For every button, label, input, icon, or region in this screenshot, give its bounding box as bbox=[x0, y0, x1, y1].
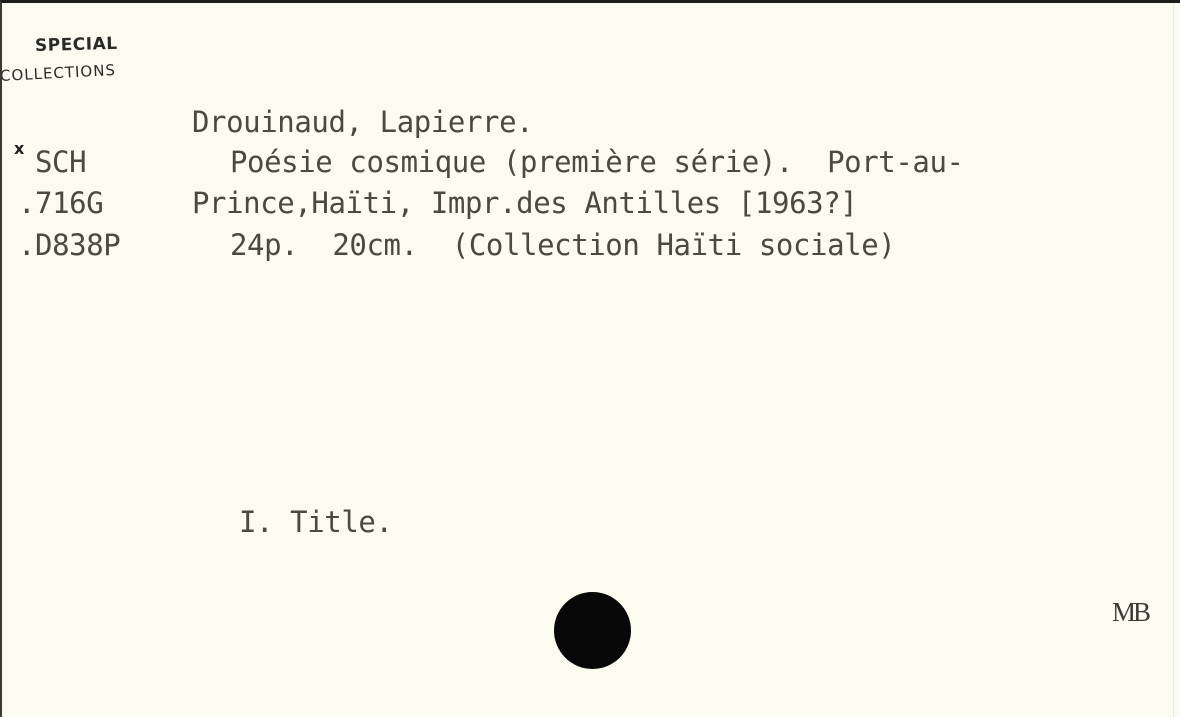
stamp-text-collections: COLLECTIONS bbox=[0, 61, 116, 85]
punch-hole-dot bbox=[554, 592, 631, 669]
title-line-1: Poésie cosmique (première série). Port-a… bbox=[230, 148, 964, 177]
cataloger-initials: MB bbox=[1112, 597, 1148, 628]
call-number-line-2: .716G bbox=[18, 189, 103, 218]
special-collections-stamp-line2: COLLECTIONS bbox=[0, 61, 116, 85]
special-collections-stamp-line1: SPECIAL bbox=[35, 34, 118, 56]
stamp-text-special: SPECIAL bbox=[35, 34, 118, 56]
collation-line: 24p. 20cm. (Collection Haïti sociale) bbox=[230, 231, 895, 260]
title-line-2: Prince,Haïti, Impr.des Antilles [1963?] bbox=[192, 189, 857, 218]
catalog-card: SPECIAL COLLECTIONS x SCH .716G .D838P D… bbox=[0, 0, 1180, 717]
call-number-line-3: .D838P bbox=[18, 231, 120, 260]
call-number-line-1: SCH bbox=[35, 148, 86, 177]
tracing-title: I. Title. bbox=[239, 508, 393, 537]
author-heading: Drouinaud, Lapierre. bbox=[192, 108, 533, 137]
call-number-marker: x bbox=[14, 139, 24, 158]
